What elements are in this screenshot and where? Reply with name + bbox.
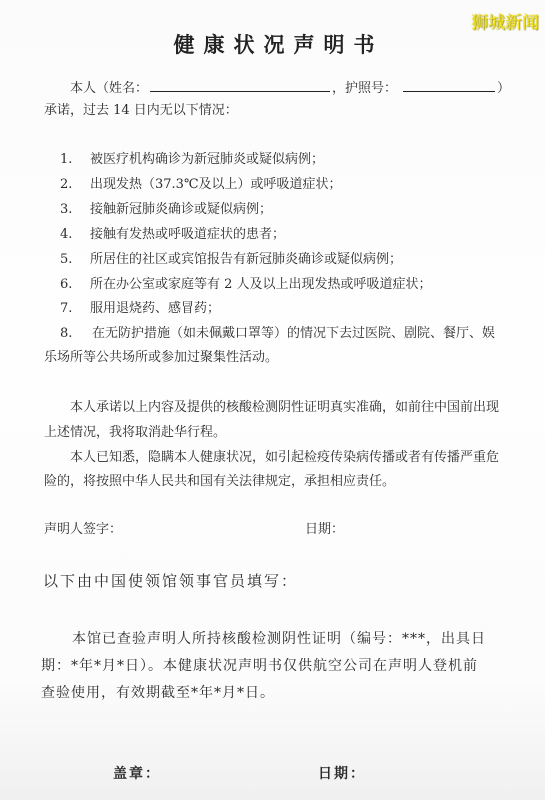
signature-date-label: 日期： <box>305 522 344 538</box>
paragraph-line: 本人已知悉，隐瞒本人健康状况，如引起检疫传染病传播或者有传播严重危 <box>70 450 499 466</box>
consular-line: 期：*年*月*日）。本健康状况声明书仅供航空公司在声明人登机前 <box>41 657 478 675</box>
condition-text: 服用退烧药、感冒药； <box>90 301 220 317</box>
condition-text: 出现发热（37.3℃及以上）或呼吸道症状； <box>90 177 342 193</box>
consular-line: 本馆已查验声明人所持核酸检测阴性证明（编号：***，出具日 <box>72 630 486 648</box>
condition-text: 接触新冠肺炎确诊或疑似病例； <box>90 202 272 218</box>
document-title: 健康状况声明书 <box>0 29 545 59</box>
passport-label: ，护照号： <box>332 81 397 96</box>
passport-field[interactable] <box>403 79 495 92</box>
condition-number: 2. <box>60 177 72 193</box>
declarant-line: 本人（姓名：，护照号：） <box>70 79 510 97</box>
consular-date-label: 日期： <box>318 765 366 783</box>
condition-text: 被医疗机构确诊为新冠肺炎或疑似病例； <box>90 152 324 168</box>
condition-text: 在无防护措施（如未佩戴口罩等）的情况下去过医院、剧院、餐厅、娱 <box>92 326 495 342</box>
stamp-label: 盖章： <box>113 765 161 783</box>
name-field[interactable] <box>150 79 330 92</box>
condition-number: 5. <box>60 252 72 268</box>
condition-text: 所居住的社区或宾馆报告有新冠肺炎确诊或疑似病例； <box>90 252 402 268</box>
condition-number: 3. <box>60 202 72 218</box>
condition-text-continued: 乐场所等公共场所或参加过聚集性活动。 <box>44 350 278 366</box>
paragraph-line: 本人承诺以上内容及提供的核酸检测阴性证明真实准确，如前往中国前出现 <box>70 400 499 416</box>
commitment-intro: 承诺，过去 14 日内无以下情况： <box>44 103 238 119</box>
paragraph-line: 险的，将按照中华人民共和国有关法律规定，承担相应责任。 <box>44 474 395 490</box>
condition-number: 6. <box>60 277 72 293</box>
consular-line: 查验使用，有效期截至*年*月*日。 <box>41 684 275 702</box>
paragraph-line: 上述情况，我将取消赴华行程。 <box>44 425 226 441</box>
condition-number: 1. <box>60 152 72 168</box>
condition-text: 接触有发热或呼吸道症状的患者； <box>90 227 285 243</box>
condition-text: 所在办公室或家庭等有 2 人及以上出现发热或呼吸道症状； <box>90 277 432 293</box>
condition-number: 7. <box>60 301 72 317</box>
condition-number: 8. <box>60 326 72 342</box>
condition-number: 4. <box>60 227 72 243</box>
declarant-prefix: 本人（姓名： <box>70 81 148 96</box>
declarant-suffix: ） <box>497 81 510 96</box>
consular-heading: 以下由中国使领馆领事官员填写： <box>43 572 298 590</box>
signature-label: 声明人签字： <box>44 522 122 538</box>
